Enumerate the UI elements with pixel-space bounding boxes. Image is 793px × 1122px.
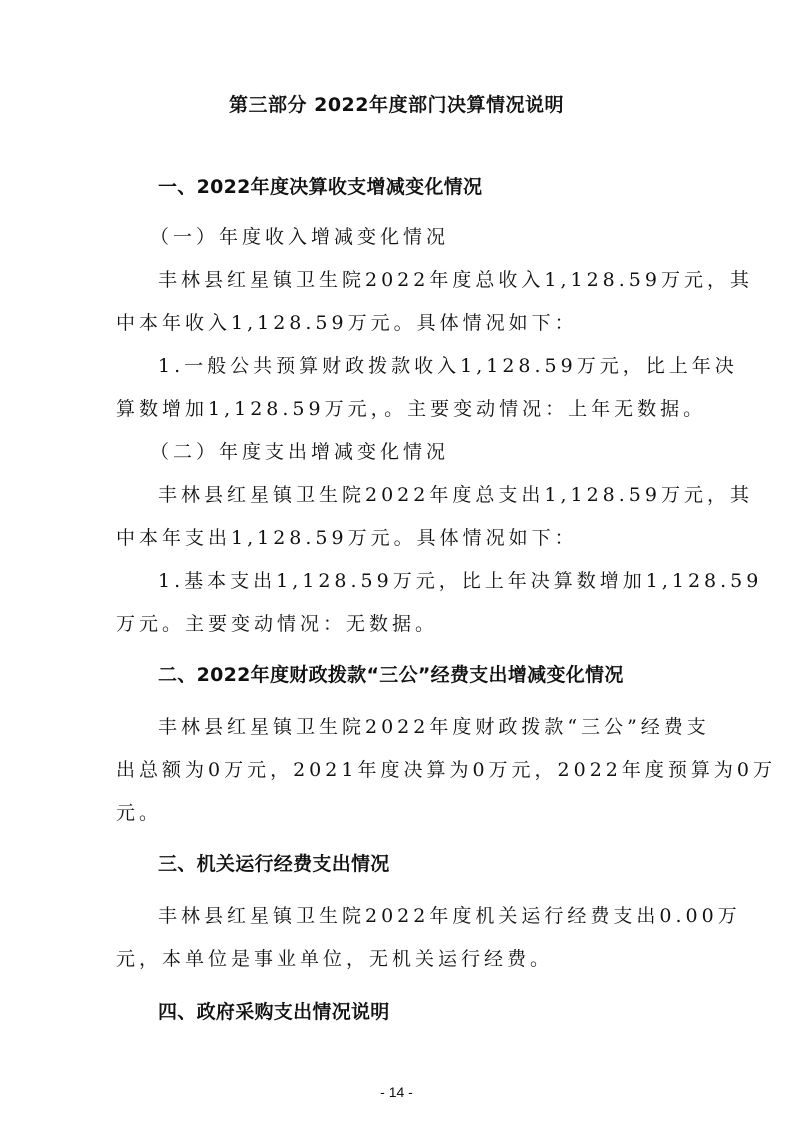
paragraph-line: 出总额为0万元，2021年度决算为0万元，2022年度预算为0万: [116, 755, 696, 782]
subsection-heading-expense: （二）年度支出增减变化情况: [150, 437, 730, 464]
section-heading-1: 一、2022年度决算收支增减变化情况: [158, 172, 482, 199]
paragraph-line: 中本年收入1,128.59万元。具体情况如下：: [116, 308, 696, 335]
section-heading-3: 三、机关运行经费支出情况: [158, 849, 390, 876]
page-title: 第三部分 2022年度部门决算情况说明: [0, 90, 793, 117]
document-page: 第三部分 2022年度部门决算情况说明 一、2022年度决算收支增减变化情况 （…: [0, 0, 793, 1122]
section-heading-2: 二、2022年度财政拨款“三公”经费支出增减变化情况: [158, 660, 624, 687]
paragraph-line: 中本年支出1,128.59万元。具体情况如下：: [116, 523, 696, 550]
paragraph-line: 元，本单位是事业单位，无机关运行经费。: [116, 944, 696, 971]
subsection-heading-income: （一）年度收入增减变化情况: [150, 222, 730, 249]
paragraph-line: 1.基本支出1,128.59万元，比上年决算数增加1,128.59: [158, 566, 738, 593]
paragraph-line: 丰林县红星镇卫生院2022年度总收入1,128.59万元，其: [158, 265, 738, 292]
paragraph-line: 万元。主要变动情况：无数据。: [116, 609, 696, 636]
page-number: - 14 -: [0, 1084, 793, 1100]
paragraph-line: 丰林县红星镇卫生院2022年度财政拨款“三公”经费支: [158, 712, 738, 739]
section-heading-4: 四、政府采购支出情况说明: [158, 997, 390, 1024]
paragraph-line: 1.一般公共预算财政拨款收入1,128.59万元，比上年决: [158, 351, 738, 378]
paragraph-line: 元。: [116, 798, 696, 825]
paragraph-line: 丰林县红星镇卫生院2022年度机关运行经费支出0.00万: [158, 901, 738, 928]
paragraph-line: 丰林县红星镇卫生院2022年度总支出1,128.59万元，其: [158, 480, 738, 507]
paragraph-line: 算数增加1,128.59万元，。主要变动情况：上年无数据。: [116, 394, 696, 421]
